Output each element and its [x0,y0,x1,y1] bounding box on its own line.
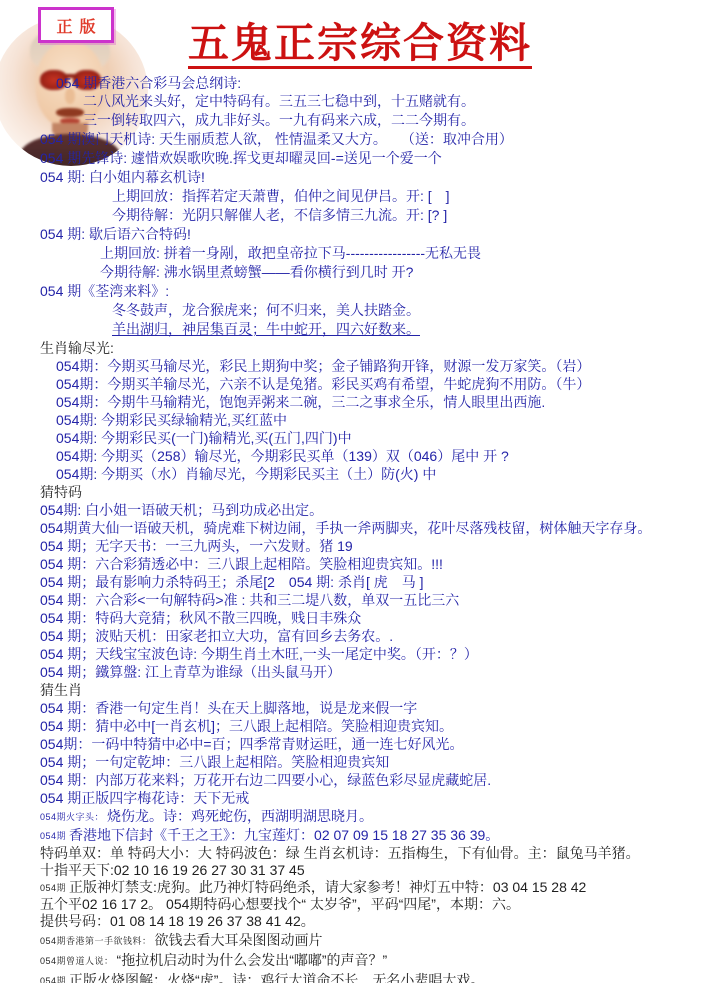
text-line: 054 期：六合彩猜透必中：三八跟上起相陪。笑脸相迎贵宾知。!!! [0,555,720,573]
line-text: 正版神灯禁支:虎狗。此乃神灯特码绝杀，请大家参考！神灯五中特：03 04 15 … [69,879,586,895]
line-text: 054期: 今期买（水）肖输尽光，今期彩民买主（土）防(火) 中 [56,466,436,482]
text-line: 特码单双：单 特码大小：大 特码波色：绿 生肖玄机诗：五指梅生，下有仙骨。主：鼠… [0,845,720,862]
line-text: 香港地下信封《千王之王》：九宝莲灯：02 07 09 15 18 27 35 3… [69,827,499,843]
text-line: 生肖输尽光: [0,339,720,357]
text-line: 羊出湖归，神居集百灵；牛中蛇开，四六好数来。 [0,320,720,339]
text-line: 054 期：六合彩<一句解特码>准 : 共和三二堤八数，单双一五比三六 [0,591,720,609]
line-text: 054 期: 歇后语六合特码! [40,226,191,242]
text-line: 054 期：特码大竞猜；秋风不散三四晚，贱日丰殊众 [0,609,720,627]
text-line: 054 期《荃湾来料》: [0,282,720,301]
line-text: 猜特码 [40,484,82,500]
text-line: 054 期：内部万花来料；万花开右边二四要小心，绿蓝色彩尽显虎藏蛇居. [0,771,720,789]
text-line: 五个平02 16 17 2。 054期特码心想要找个“ 太岁爷”，平码“四尾”，… [0,896,720,913]
line-text: 054期: 白小姐一语破天机；马到功成必出定。 [40,502,323,518]
line-text: 054期黄大仙一语破天机，骑虎难下树边闹，手执一斧两脚夹，花叶尽落残枝留，树体触… [40,520,651,536]
line-text: 054 期：六合彩猜透必中：三八跟上起相陪。笑脸相迎贵宾知。!!! [40,556,443,572]
text-line: 十指平天下:02 10 16 19 26 27 30 31 37 45 [0,862,720,879]
line-prefix-small: 054期香港第一手欲钱料： [40,936,152,946]
line-text: 054 期；天线宝宝波色诗: 今期生肖土木旺,一头一尾定中奖。（开：？） [40,646,478,662]
text-line: 054期正版火烧图解：火烧“虎”。诗：鸡行大道命不长，无名小辈唱大戏。 [0,970,720,983]
line-text: 正版火烧图解：火烧“虎”。诗：鸡行大道命不长，无名小辈唱大戏。 [69,972,484,983]
text-line: 054期：今期买马输尽光，彩民上期狗中奖；金子铺路狗开锋，财源一发万家笑。（岩） [0,357,720,375]
line-text: 054 期；最有影响力杀特码王；杀尾[2 054 期: 杀肖[ 虎 马 ] [40,574,424,590]
text-line: 猜特码 [0,483,720,501]
line-text: 054期: 今期买（258）输尽光，今期彩民买单（139）双（046）尾中 开 … [56,448,509,464]
line-text: 054 期；波贴天机：田家老扣立大功，富有回乡去务农。. [40,628,393,644]
line-text: 羊出湖归，神居集百灵；牛中蛇开，四六好数来。 [112,321,420,337]
authentic-badge: 正版 [38,7,114,43]
text-line: 054 期: 白小姐内幕玄机诗! [0,168,720,187]
line-text: 三一倒转取四六，成九非好头。一九有码来六成，二二今期有。 [83,112,475,128]
line-text: 054期：今期买马输尽光，彩民上期狗中奖；金子铺路狗开锋，财源一发万家笑。（岩） [56,358,590,374]
text-line: 054期：今期牛马输精光，饱饱弄粥来二碗，三二之事求全乐，情人眼里出西施. [0,393,720,411]
text-line: 054 期；一句定乾坤：三八跟上起相陪。笑脸相迎贵宾知 [0,753,720,771]
line-text: 猜生肖 [40,682,82,698]
text-line: 054 期；最有影响力杀特码王；杀尾[2 054 期: 杀肖[ 虎 马 ] [0,573,720,591]
line-prefix-small: 054期 [40,883,66,893]
line-text: 054 期；一句定乾坤：三八跟上起相陪。笑脸相迎贵宾知 [40,754,389,770]
line-text: 054 期香港六合彩马会总纲诗: [56,75,241,91]
page-title: 五鬼正宗综合资料 [188,22,532,69]
line-text: 上期回放: 拼着一身剐，敢把皇帝拉下马-----------------无私无畏 [100,245,481,261]
text-line: 054期香港地下信封《千王之王》：九宝莲灯：02 07 09 15 18 27 … [0,826,720,845]
line-text: 054 期正版四字梅花诗：天下无戒 [40,790,249,806]
text-line: 054 期香港六合彩马会总纲诗: [0,74,720,92]
line-prefix-small: 054期 [40,831,66,841]
text-line: 054期: 今期彩民买绿输精光,买红蓝中 [0,411,720,429]
text-line: 054期: 今期买（水）肖输尽光，今期彩民买主（土）防(火) 中 [0,465,720,483]
line-text: “拖拉机启动时为什么会发出“嘟嘟”的声音？” [117,952,388,968]
line-prefix-small: 054期 [40,976,66,983]
text-line: 054 期: 歇后语六合特码! [0,225,720,244]
text-line: 今期待解: 沸水锅里煮螃蟹——看你横行到几时 开? [0,263,720,282]
text-line: 054期: 今期买（258）输尽光，今期彩民买单（139）双（046）尾中 开 … [0,447,720,465]
text-line: 054 期澳门天机诗: 天生丽质惹人欲， 性情温柔又大方。 （送：取冲合用） [0,130,720,149]
line-text: 054期: 今期彩民买(一门)输精光,买(五门,四门)中 [56,430,352,446]
text-line: 三一倒转取四六，成九非好头。一九有码来六成，二二今期有。 [0,111,720,130]
text-line: 054期火字头：烧伤龙。诗：鸡死蛇伤，西湖明湖思晓月。 [0,807,720,826]
text-line: 二八风光来头好，定中特码有。三五三七稳中到，十五赌就有。 [0,92,720,111]
text-line: 054期: 今期彩民买(一门)输精光,买(五门,四门)中 [0,429,720,447]
line-text: 054 期：内部万花来料；万花开右边二四要小心，绿蓝色彩尽显虎藏蛇居. [40,772,491,788]
line-text: 五个平02 16 17 2。 054期特码心想要找个“ 太岁爷”，平码“四尾”，… [40,896,520,912]
line-text: 生肖输尽光: [40,340,114,356]
line-text: 特码单双：单 特码大小：大 特码波色：绿 生肖玄机诗：五指梅生，下有仙骨。主：鼠… [40,845,640,861]
text-line: 054 期：猜中必中[一肖玄机]；三八跟上起相陪。笑脸相迎贵宾知。 [0,717,720,735]
line-text: 054 期：六合彩<一句解特码>准 : 共和三二堤八数，单双一五比三六 [40,592,459,608]
line-text: 054 期；鐵算盤: 江上青草为谁绿（出头鼠马开） [40,664,341,680]
line-text: 054期：今期买羊输尽光，六亲不认是兔猪。彩民买鸡有希望，牛蛇虎狗不用防。（牛） [56,376,590,392]
text-line: 054期: 白小姐一语破天机；马到功成必出定。 [0,501,720,519]
text-line: 上期回放: 拼着一身剐，敢把皇帝拉下马-----------------无私无畏 [0,244,720,263]
text-line: 054 期；鐵算盤: 江上青草为谁绿（出头鼠马开） [0,663,720,681]
line-text: 054期：一码中特猜中必中=百；四季常青财运旺，通一连七好风光。 [40,736,464,752]
line-text: 今期待解：光阴只解催人老，不信多情三九流。开: [? ] [112,207,447,223]
line-prefix-small: 054期曾道人说： [40,956,114,966]
text-line: 054期正版神灯禁支:虎狗。此乃神灯特码绝杀，请大家参考！神灯五中特：03 04… [0,879,720,896]
text-line: 054期香港第一手欲钱料：欲钱去看大耳朵图图动画片 [0,930,720,950]
page: 正版 五鬼正宗综合资料 054 期香港六合彩马会总纲诗:二八风光来头好，定中特码… [0,0,720,983]
line-text: 054 期: 白小姐内幕玄机诗! [40,169,205,185]
line-text: 054期：今期牛马输精光，饱饱弄粥来二碗，三二之事求全乐，情人眼里出西施. [56,394,545,410]
line-text: 054 期：特码大竞猜；秋风不散三四晚，贱日丰殊众 [40,610,361,626]
text-line: 猜生肖 [0,681,720,699]
line-text: 054 期《荃湾来料》: [40,283,169,299]
line-text: 054期: 今期彩民买绿输精光,买红蓝中 [56,412,287,428]
text-line: 054 期正版四字梅花诗：天下无戒 [0,789,720,807]
line-text: 上期回放：指挥若定天萧曹，伯仲之间见伊吕。开: [ ] [112,188,450,204]
line-text: 二八风光来头好，定中特码有。三五三七稳中到，十五赌就有。 [83,93,475,109]
text-line: 提供号码：01 08 14 18 19 26 37 38 41 42。 [0,913,720,930]
line-text: 烧伤龙。诗：鸡死蛇伤，西湖明湖思晓月。 [107,808,373,824]
line-text: 054 期；无字天书：一三九两头，一六发财。猪 19 [40,538,353,554]
line-text: 今期待解: 沸水锅里煮螃蟹——看你横行到几时 开? [100,264,413,280]
authentic-badge-label: 正版 [49,14,102,37]
line-prefix-small: 054期火字头： [40,812,104,822]
line-text: 054 期先锋诗: 遽惜欢娱歌吹晚.挥戈更却曜灵回-=送见一个爱一个 [40,150,442,166]
line-text: 欲钱去看大耳朵图图动画片 [155,932,323,948]
text-line: 054期：一码中特猜中必中=百；四季常青财运旺，通一连七好风光。 [0,735,720,753]
text-line: 054期：今期买羊输尽光，六亲不认是兔猪。彩民买鸡有希望，牛蛇虎狗不用防。（牛） [0,375,720,393]
text-line: 上期回放：指挥若定天萧曹，伯仲之间见伊吕。开: [ ] [0,187,720,206]
line-text: 提供号码：01 08 14 18 19 26 37 38 41 42。 [40,913,315,929]
content-lines: 054 期香港六合彩马会总纲诗:二八风光来头好，定中特码有。三五三七稳中到，十五… [0,74,720,983]
line-text: 054 期澳门天机诗: 天生丽质惹人欲， 性情温柔又大方。 （送：取冲合用） [40,131,513,147]
line-text: 十指平天下:02 10 16 19 26 27 30 31 37 45 [40,862,305,878]
line-text: 054 期：香港一句定生肖！头在天上脚落地，说是龙来假一字 [40,700,417,716]
text-line: 054 期；波贴天机：田家老扣立大功，富有回乡去务农。. [0,627,720,645]
text-line: 054 期：香港一句定生肖！头在天上脚落地，说是龙来假一字 [0,699,720,717]
line-text: 冬冬鼓声，龙合猴虎来；何不归来，美人扶踏金。 [112,302,420,318]
text-line: 054 期；天线宝宝波色诗: 今期生肖土木旺,一头一尾定中奖。（开：？） [0,645,720,663]
text-line: 今期待解：光阴只解催人老，不信多情三九流。开: [? ] [0,206,720,225]
line-text: 054 期：猜中必中[一肖玄机]；三八跟上起相陪。笑脸相迎贵宾知。 [40,718,453,734]
text-line: 054期黄大仙一语破天机，骑虎难下树边闹，手执一斧两脚夹，花叶尽落残枝留，树体触… [0,519,720,537]
text-line: 054 期先锋诗: 遽惜欢娱歌吹晚.挥戈更却曜灵回-=送见一个爱一个 [0,149,720,168]
text-line: 冬冬鼓声，龙合猴虎来；何不归来，美人扶踏金。 [0,301,720,320]
text-line: 054 期；无字天书：一三九两头，一六发财。猪 19 [0,537,720,555]
text-line: 054期曾道人说：“拖拉机启动时为什么会发出“嘟嘟”的声音？” [0,950,720,970]
